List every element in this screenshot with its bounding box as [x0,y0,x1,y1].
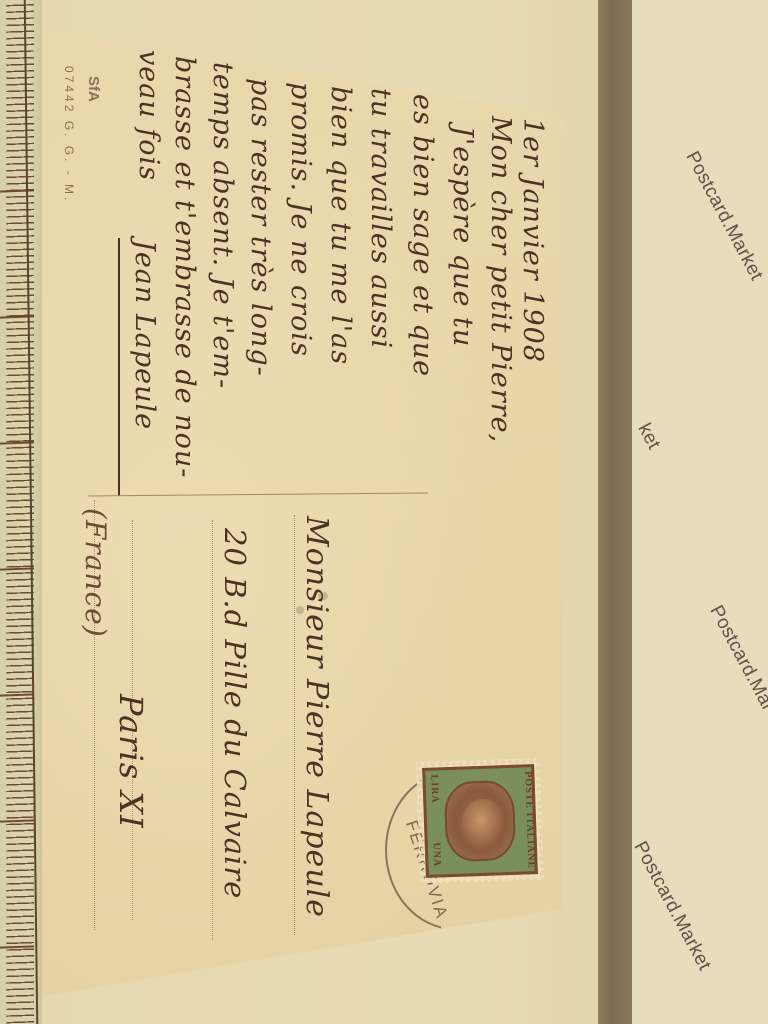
stamp-top-text: POSTE ITALIANE [522,771,536,869]
address-guideline [212,520,213,940]
message-line: tu travailles aussi [365,88,396,349]
ink-smudge [318,592,328,600]
address-street: 20 B.d Pille du Calvaire [218,528,252,899]
message-line: temps absent. Je t'em- [207,62,238,389]
photo-scene: Postcard.Market ket Postcard.Mar Postcar… [0,0,768,1024]
stamp-bottom-text: UNA [431,842,443,867]
address-guideline [294,515,295,935]
stamp-left-text: LIRA [428,774,440,803]
postage-stamp: POSTE ITALIANE LIRA UNA [416,758,544,884]
stamp-frame: POSTE ITALIANE LIRA UNA [422,764,538,878]
message-date: 1er Janvier 1908 [517,118,548,363]
message-line: veau fois [133,50,164,181]
ruler-ticks [0,0,34,1024]
measuring-ruler [0,0,42,1024]
dark-divider-strip [598,0,632,1024]
printer-code: 07442 G. G. - M. [62,66,76,203]
message-line: es bien sage et que [407,94,438,377]
message-line: pas rester très long- [245,78,276,377]
signature-underline [118,238,120,496]
message-signature: Jean Lapeule [129,240,160,430]
message-line: bien que tu me l'as [325,86,356,365]
message-line: brasse et t'embrasse de nou- [169,56,200,478]
message-line: J'espère que tu [447,126,478,347]
address-recipient: Monsieur Pierre Lapeule [299,516,334,918]
message-line: Mon cher petit Pierre, [485,116,516,443]
address-city: Paris XI [112,694,150,829]
message-line: promis. Je ne crois [285,82,316,357]
address-country: (France) [79,508,112,638]
publisher-logo: SfA [85,76,102,102]
ink-smudge [296,606,304,614]
